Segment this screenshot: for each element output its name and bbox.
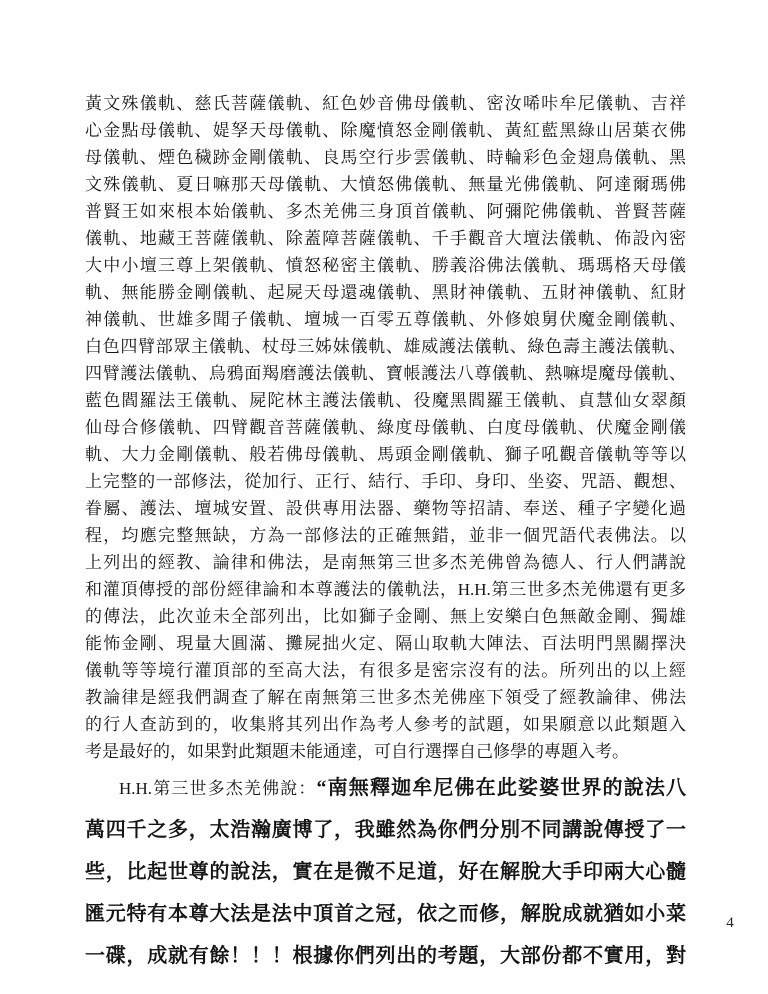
text-line: 教論律是經我們調查了解在南無第三世多杰羌佛座下領受了經教論律、佛法 (85, 684, 686, 711)
text-line: 儀軌、地藏王菩薩儀軌、除蓋障菩薩儀軌、千手觀音大壇法儀軌、佈設內密 (85, 225, 686, 252)
text-line: 白色四臂部眾主儀軌、杖母三姊妹儀軌、雄威護法儀軌、綠色壽主護法儀軌、 (85, 333, 686, 360)
text-line: 匯元特有本尊大法是法中頂首之冠，依之而修，解脫成就猶如小菜 (85, 893, 686, 935)
paragraph-buddha-quote: H.H.第三世多杰羌佛說：“南無釋迦牟尼佛在此娑婆世界的說法八 萬四千之多，太浩… (85, 767, 686, 977)
text-line: 上列出的經教、論律和佛法，是南無第三世多杰羌佛曾為德人、行人們講說 (85, 549, 686, 576)
text-line: 軌、無能勝金剛儀軌、起屍天母還魂儀軌、黑財神儀軌、五財神儀軌、紅財 (85, 279, 686, 306)
text-line: 四臂護法儀軌、烏鴉面羯磨護法儀軌、寶帳護法八尊儀軌、熱嘛堤魔母儀軌、 (85, 360, 686, 387)
text-line: 母儀軌、煙色穢跡金剛儀軌、良馬空行步雲儀軌、時輪彩色金翅鳥儀軌、黑 (85, 144, 686, 171)
paragraph-ritual-list: 黃文殊儀軌、慈氏菩薩儀軌、紅色妙音佛母儀軌、密汝唏咔牟尼儀軌、吉祥心金點母儀軌、… (85, 90, 686, 765)
quote-first-line: H.H.第三世多杰羌佛說：“南無釋迦牟尼佛在此娑婆世界的說法八 (85, 767, 686, 809)
text-line: 軌、大力金剛儀軌、般若佛母儀軌、馬頭金剛儀軌、獅子吼觀音儀軌等等以 (85, 441, 686, 468)
text-line: 些，比起世尊的說法，實在是微不足道，好在解脫大手印兩大心髓 (85, 851, 686, 893)
text-line: 神儀軌、世雄多聞子儀軌、壇城一百零五尊儀軌、外修娘舅伏魔金剛儀軌、 (85, 306, 686, 333)
document-page: 黃文殊儀軌、慈氏菩薩儀軌、紅色妙音佛母儀軌、密汝唏咔牟尼儀軌、吉祥心金點母儀軌、… (0, 0, 768, 994)
text-line: 黃文殊儀軌、慈氏菩薩儀軌、紅色妙音佛母儀軌、密汝唏咔牟尼儀軌、吉祥 (85, 90, 686, 117)
text-content: 黃文殊儀軌、慈氏菩薩儀軌、紅色妙音佛母儀軌、密汝唏咔牟尼儀軌、吉祥心金點母儀軌、… (85, 90, 686, 977)
text-line: 大中小壇三尊上架儀軌、憤怒秘密主儀軌、勝義浴佛法儀軌、瑪瑪格天母儀 (85, 252, 686, 279)
text-line: 心金點母儀軌、媞孥天母儀軌、除魔憤怒金剛儀軌、黃紅藍黑綠山居葉衣佛 (85, 117, 686, 144)
quote-body: 萬四千之多，太浩瀚廣博了，我雖然為你們分別不同講說傳授了一些，比起世尊的說法，實… (85, 809, 686, 977)
text-line: 程，均應完整無缺，方為一部修法的正確無錯，並非一個咒語代表佛法。以 (85, 522, 686, 549)
text-line: 上完整的一部修法，從加行、正行、結行、手印、身印、坐姿、咒語、觀想、 (85, 468, 686, 495)
text-line: 的傳法，此次並未全部列出，比如獅子金剛、無上安樂白色無敵金剛、獨雄 (85, 603, 686, 630)
text-line: 萬四千之多，太浩瀚廣博了，我雖然為你們分別不同講說傳授了一 (85, 809, 686, 851)
page-number: 4 (700, 912, 760, 934)
text-line: 和灌頂傳授的部份經律論和本尊護法的儀軌法，H.H.第三世多杰羌佛還有更多 (85, 576, 686, 603)
text-line: 考是最好的，如果對此類題未能通達，可自行選擇自己修學的專題入考。 (85, 738, 686, 765)
quote-text-start: “南無釋迦牟尼佛在此娑婆世界的說法八 (317, 777, 686, 799)
text-line: 普賢王如來根本始儀軌、多杰羌佛三身頂首儀軌、阿彌陀佛儀軌、普賢菩薩 (85, 198, 686, 225)
text-line: 儀軌等等境行灌頂部的至高大法，有很多是密宗沒有的法。所列出的以上經 (85, 657, 686, 684)
text-line: 藍色閻羅法王儀軌、屍陀林主護法儀軌、役魔黑閻羅王儀軌、貞慧仙女翠顏 (85, 387, 686, 414)
speaker-prefix: H.H.第三世多杰羌佛說： (119, 779, 317, 798)
text-line: 仙母合修儀軌、四臂觀音菩薩儀軌、綠度母儀軌、白度母儀軌、伏魔金剛儀 (85, 414, 686, 441)
text-line: 的行人查訪到的，收集將其列出作為考人參考的試題，如果願意以此類題入 (85, 711, 686, 738)
text-line: 眷屬、護法、壇城安置、設供專用法器、藥物等招請、奉送、種子字變化過 (85, 495, 686, 522)
text-line: 文殊儀軌、夏日嘛那天母儀軌、大憤怒佛儀軌、無量光佛儀軌、阿達爾瑪佛 (85, 171, 686, 198)
text-line: 一碟，成就有餘！！！根據你們列出的考題，大部份都不實用，對 (85, 935, 686, 977)
text-line: 能怖金剛、現量大圓滿、攤屍拙火定、隔山取軌大陣法、百法明門黑關擇決 (85, 630, 686, 657)
